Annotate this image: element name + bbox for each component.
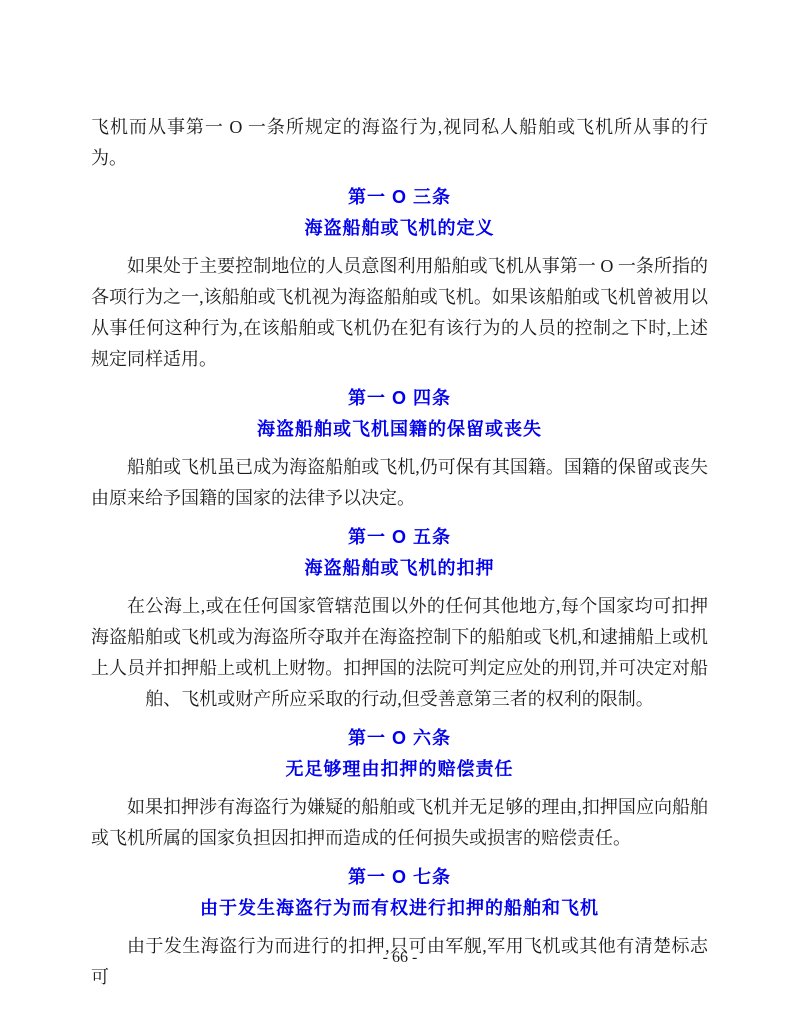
document-content: 飞机而从事第一 O 一条所规定的海盗行为,视同私人船舶或飞机所从事的行为。 第一…: [91, 112, 708, 993]
article-section-103: 第一 O 三条 海盗船舶或飞机的定义 如果处于主要控制地位的人员意图利用船舶或飞…: [91, 182, 708, 375]
article-title-heading: 海盗船舶或飞机国籍的保留或丧失: [91, 414, 708, 445]
article-title-heading: 由于发生海盗行为而有权进行扣押的船舶和飞机: [91, 893, 708, 924]
article-title-heading: 海盗船舶或飞机的扣押: [91, 553, 708, 584]
article-section-106: 第一 O 六条 无足够理由扣押的赔偿责任 如果扣押涉有海盗行为嫌疑的船舶或飞机并…: [91, 723, 708, 854]
article-section-104: 第一 O 四条 海盗船舶或飞机国籍的保留或丧失 船舶或飞机虽已成为海盗船舶或飞机…: [91, 383, 708, 514]
article-number-heading: 第一 O 三条: [91, 182, 708, 213]
article-number-heading: 第一 O 六条: [91, 723, 708, 754]
article-number-heading: 第一 O 七条: [91, 862, 708, 893]
article-section-107: 第一 O 七条 由于发生海盗行为而有权进行扣押的船舶和飞机 由于发生海盗行为而进…: [91, 862, 708, 993]
article-body-paragraph: 如果处于主要控制地位的人员意图利用船舶或飞机从事第一 O 一条所指的各项行为之一…: [91, 251, 708, 375]
article-body-paragraph: 如果扣押涉有海盗行为嫌疑的船舶或飞机并无足够的理由,扣押国应向船舶或飞机所属的国…: [91, 792, 708, 854]
continuation-paragraph: 飞机而从事第一 O 一条所规定的海盗行为,视同私人船舶或飞机所从事的行为。: [91, 112, 708, 174]
article-body-paragraph: 船舶或飞机虽已成为海盗船舶或飞机,仍可保有其国籍。国籍的保留或丧失由原来给予国籍…: [91, 452, 708, 514]
article-title-heading: 无足够理由扣押的赔偿责任: [91, 754, 708, 785]
article-number-heading: 第一 O 四条: [91, 383, 708, 414]
article-body-paragraph: 在公海上,或在任何国家管辖范围以外的任何其他地方,每个国家均可扣押海盗船舶或飞机…: [91, 591, 708, 715]
document-page: 飞机而从事第一 O 一条所规定的海盗行为,视同私人船舶或飞机所从事的行为。 第一…: [0, 0, 800, 1035]
page-footer: - 66 -: [0, 948, 800, 968]
article-section-105: 第一 O 五条 海盗船舶或飞机的扣押 在公海上,或在任何国家管辖范围以外的任何其…: [91, 522, 708, 715]
page-number: - 66 -: [383, 949, 418, 966]
article-number-heading: 第一 O 五条: [91, 522, 708, 553]
article-title-heading: 海盗船舶或飞机的定义: [91, 213, 708, 244]
